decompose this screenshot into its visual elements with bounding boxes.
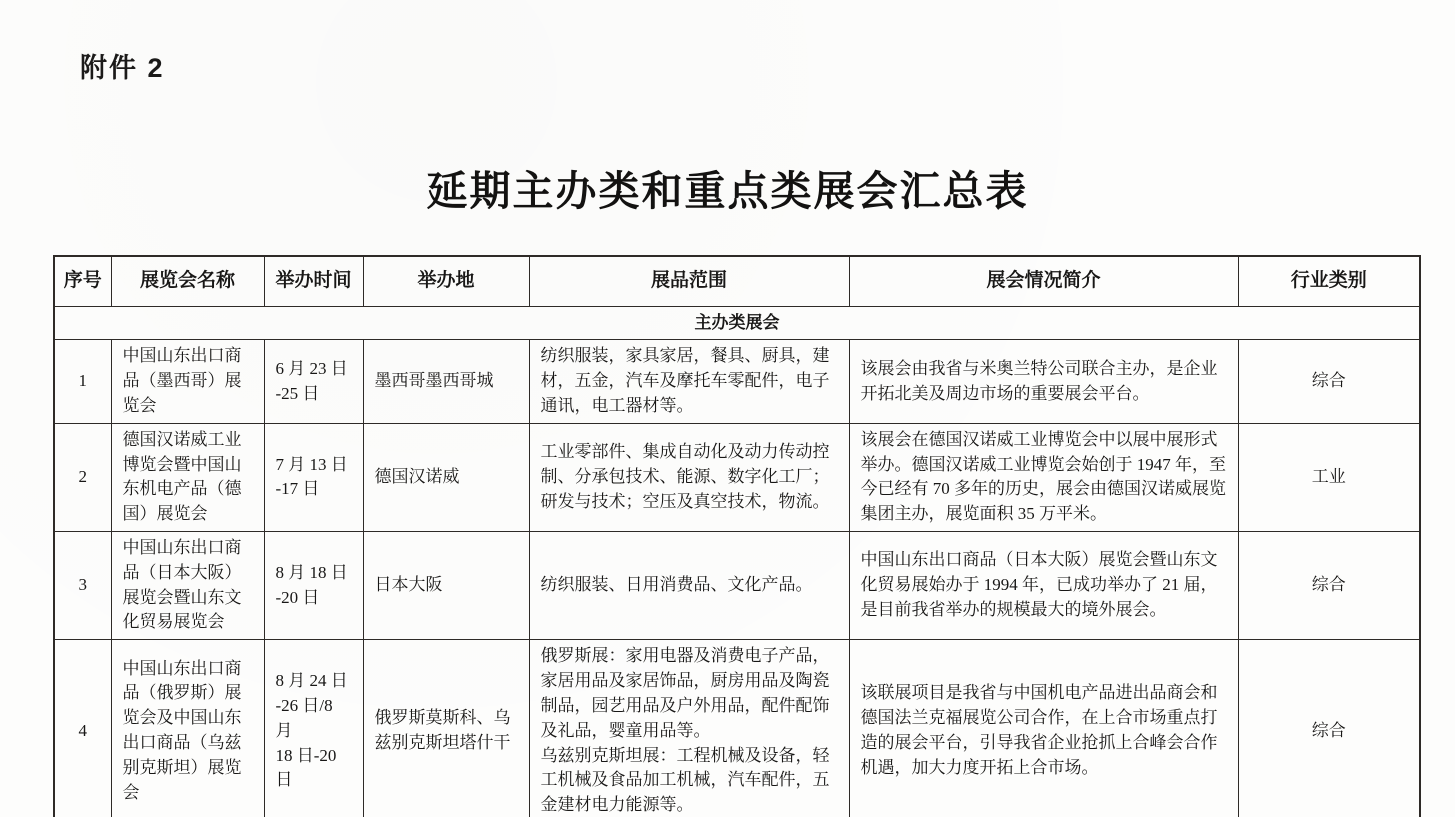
cell-intro: 该联展项目是我省与中国机电产品进出品商会和德国法兰克福展览公司合作，在上合市场重… <box>849 640 1238 817</box>
header-category: 行业类别 <box>1238 256 1420 306</box>
cell-category: 综合 <box>1238 532 1420 640</box>
cell-intro: 该展会在德国汉诺威工业博览会中以展中展形式举办。德国汉诺威工业博览会始创于 19… <box>849 423 1238 531</box>
table-row: 1 中国山东出口商品（墨西哥）展览会 6 月 23 日 -25 日 墨西哥墨西哥… <box>54 340 1420 423</box>
exhibitions-table: 序号 展览会名称 举办时间 举办地 展品范围 展会情况简介 行业类别 主办类展会… <box>53 255 1421 817</box>
cell-venue: 俄罗斯莫斯科、乌兹别克斯坦塔什干 <box>363 640 529 817</box>
table-row: 4 中国山东出口商品（俄罗斯）展览会及中国山东出口商品（乌兹别克斯坦）展览会 8… <box>54 640 1420 817</box>
document-page: 附件 2 延期主办类和重点类展会汇总表 序号 展览会名称 举办时间 举办地 展品… <box>0 0 1455 817</box>
attachment-label: 附件 2 <box>80 46 165 85</box>
table-row: 3 中国山东出口商品（日本大阪）展览会暨山东文化贸易展览会 8 月 18 日 -… <box>54 532 1420 640</box>
cell-venue: 日本大阪 <box>363 532 529 640</box>
section-label: 主办类展会 <box>54 306 1420 340</box>
cell-time: 7 月 13 日 -17 日 <box>264 423 363 531</box>
table-header-row: 序号 展览会名称 举办时间 举办地 展品范围 展会情况简介 行业类别 <box>54 256 1420 306</box>
header-name: 展览会名称 <box>111 256 264 306</box>
header-intro: 展会情况简介 <box>849 256 1238 306</box>
cell-intro: 该展会由我省与米奥兰特公司联合主办，是企业开拓北美及周边市场的重要展会平台。 <box>849 340 1238 423</box>
cell-exhibition-name: 中国山东出口商品（墨西哥）展览会 <box>111 340 264 423</box>
header-venue: 举办地 <box>363 256 529 306</box>
cell-exhibition-name: 中国山东出口商品（俄罗斯）展览会及中国山东出口商品（乌兹别克斯坦）展览会 <box>111 640 264 817</box>
cell-venue: 德国汉诺威 <box>363 423 529 531</box>
cell-no: 1 <box>54 340 111 423</box>
cell-exhibition-name: 德国汉诺威工业博览会暨中国山东机电产品（德国）展览会 <box>111 423 264 531</box>
cell-time: 8 月 18 日 -20 日 <box>264 532 363 640</box>
cell-venue: 墨西哥墨西哥城 <box>363 340 529 423</box>
header-scope: 展品范围 <box>529 256 849 306</box>
page-title: 延期主办类和重点类展会汇总表 <box>0 158 1455 217</box>
cell-category: 综合 <box>1238 340 1420 423</box>
cell-intro: 中国山东出口商品（日本大阪）展览会暨山东文化贸易展始办于 1994 年，已成功举… <box>849 532 1238 640</box>
cell-category: 工业 <box>1238 423 1420 531</box>
header-no: 序号 <box>54 256 111 306</box>
cell-no: 4 <box>54 640 111 817</box>
section-row: 主办类展会 <box>54 306 1420 340</box>
cell-scope: 俄罗斯展：家用电器及消费电子产品，家居用品及家居饰品，厨房用品及陶瓷制品，园艺用… <box>529 640 849 817</box>
cell-no: 3 <box>54 532 111 640</box>
table-row: 2 德国汉诺威工业博览会暨中国山东机电产品（德国）展览会 7 月 13 日 -1… <box>54 423 1420 531</box>
cell-no: 2 <box>54 423 111 531</box>
cell-category: 综合 <box>1238 640 1420 817</box>
cell-time: 8 月 24 日 -26 日/8 月 18 日-20 日 <box>264 640 363 817</box>
cell-time: 6 月 23 日 -25 日 <box>264 340 363 423</box>
cell-exhibition-name: 中国山东出口商品（日本大阪）展览会暨山东文化贸易展览会 <box>111 532 264 640</box>
header-time: 举办时间 <box>264 256 363 306</box>
cell-scope: 纺织服装，家具家居，餐具、厨具，建材，五金，汽车及摩托车零配件，电子通讯，电工器… <box>529 340 849 423</box>
cell-scope: 纺织服装、日用消费品、文化产品。 <box>529 532 849 640</box>
cell-scope: 工业零部件、集成自动化及动力传动控制、分承包技术、能源、数字化工厂；研发与技术；… <box>529 423 849 531</box>
